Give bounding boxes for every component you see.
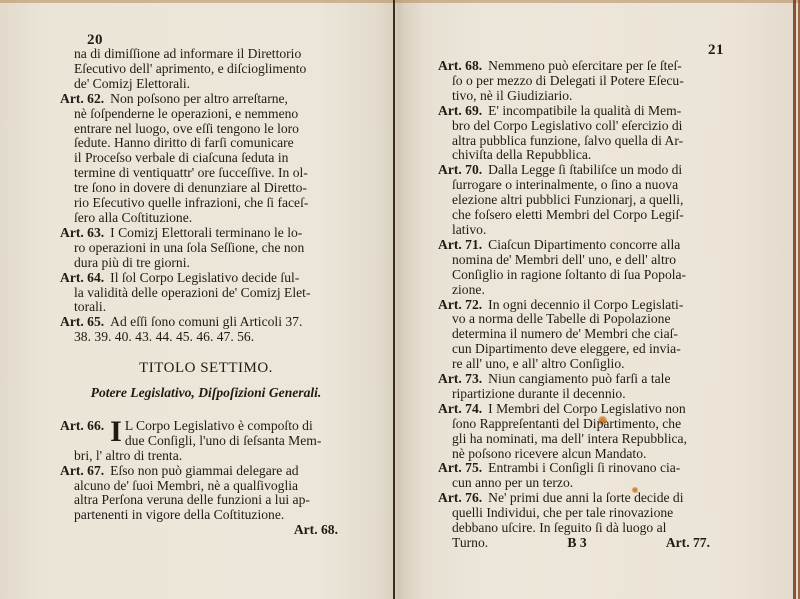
text-line: alcuno de' ſuoi Membri, nè a qualſivogli… bbox=[60, 479, 352, 494]
text-line: ſo o per mezzo di Delegati il Potere Eſe… bbox=[438, 74, 730, 89]
text-line: la validità delle operazioni de' Comizj … bbox=[60, 286, 352, 301]
text-line: nomina de' Membri dell' uno, e dell' alt… bbox=[438, 253, 730, 268]
article-label: Art. 73. bbox=[438, 371, 482, 386]
text-line: quelli Individui, che per tale rinovazio… bbox=[438, 506, 730, 521]
article-label: Art. 74. bbox=[438, 401, 482, 416]
article-label: Art. 75. bbox=[438, 460, 482, 475]
text-line: ripartizione durante il decennio. bbox=[438, 387, 730, 402]
text-line: Eſso non può giammai delegare ad bbox=[110, 463, 298, 478]
right-page-text: Art. 68.Nemmeno può eſercitare per ſe ſt… bbox=[438, 59, 730, 551]
article-66: Art. 66. I L Corpo Legislativo è compoſt… bbox=[60, 419, 352, 464]
text-line: ro operazioni in una ſola Seſſione, che … bbox=[60, 241, 352, 256]
signature-mark: B 3 bbox=[567, 536, 586, 551]
catchword: Art. 77. bbox=[666, 536, 710, 551]
text-line: Dalla Legge ſi ſtabiliſce un modo di bbox=[488, 162, 682, 177]
text-line: Ad eſſi ſono comuni gli Articoli 37. bbox=[110, 314, 302, 329]
section-subtitle: Potere Legislativo, Diſpoſizioni General… bbox=[60, 386, 352, 401]
text-line: tivo, nè il Giudiziario. bbox=[438, 89, 730, 104]
text-line: nè poſsono ricevere alcun Mandato. bbox=[438, 447, 730, 462]
article-76: Art. 76.Ne' primi due anni la ſorte deci… bbox=[438, 491, 730, 536]
article-label: Art. 65. bbox=[60, 314, 104, 329]
text-line: il Proceſso verbale di ciaſcuna ſeduta i… bbox=[60, 151, 352, 166]
article-63: Art. 63.I Comizj Elettorali terminano le… bbox=[60, 226, 352, 271]
text-line: Ciaſcun Dipartimento concorre alla bbox=[488, 237, 680, 252]
article-label: Art. 76. bbox=[438, 490, 482, 505]
text-line: che foſsero eletti Membri del Corpo Legi… bbox=[438, 208, 730, 223]
text-line: entrare nel luogo, ove eſſi tengono le l… bbox=[60, 122, 352, 137]
text-line: rio Eſecutivo quelle infrazioni, che ſi … bbox=[60, 196, 352, 211]
text-line: ſono Rappreſentanti del Dipartimento, ch… bbox=[438, 417, 730, 432]
article-73: Art. 73.Niun cangiamento può farſi a tal… bbox=[438, 372, 730, 402]
text-line: cun Dipartimento deve eleggere, ed invia… bbox=[438, 342, 730, 357]
article-65: Art. 65.Ad eſſi ſono comuni gli Articoli… bbox=[60, 315, 352, 345]
left-page: 20 na di dimiſſione ad informare il Dire… bbox=[60, 0, 352, 599]
text-line: termine di ventiquattr' ore ſucceſſive. … bbox=[60, 166, 352, 181]
text-line: due Conſigli, l'uno di ſeſsanta Mem- bbox=[125, 434, 322, 449]
article-64: Art. 64.Il ſol Corpo Legislativo decide … bbox=[60, 271, 352, 316]
text-line: altra Perſona veruna delle funzioni a lu… bbox=[60, 493, 352, 508]
article-label: Art. 63. bbox=[60, 225, 104, 240]
text-line: partenenti in vigore della Coſtituzione. bbox=[60, 508, 352, 523]
text-line: tre ſono in dovere di denunziare al Dire… bbox=[60, 181, 352, 196]
text-line: na di dimiſſione ad informare il Diretto… bbox=[60, 47, 352, 62]
text-line: vo a norma delle Tabelle di Popolazione bbox=[438, 312, 730, 327]
text-line: bri, l' altro di trenta. bbox=[60, 449, 352, 464]
article-75: Art. 75.Entrambi i Conſigli ſi rinovano … bbox=[438, 461, 730, 491]
text-line: chiviſta della Repubblica. bbox=[438, 148, 730, 163]
text-line: re all' uno, e all' altro Conſiglio. bbox=[438, 357, 730, 372]
text-line: E' incompatibile la qualità di Mem- bbox=[488, 103, 681, 118]
article-70: Art. 70.Dalla Legge ſi ſtabiliſce un mod… bbox=[438, 163, 730, 238]
text-line: altra pubblica funzione, ſalvo quella di… bbox=[438, 134, 730, 149]
article-69: Art. 69.E' incompatibile la qualità di M… bbox=[438, 104, 730, 164]
article-continuation: na di dimiſſione ad informare il Diretto… bbox=[60, 47, 352, 92]
article-label: Art. 62. bbox=[60, 91, 104, 106]
article-label: Art. 66. bbox=[60, 419, 104, 434]
text-line: Nemmeno può eſercitare per ſe ſteſ- bbox=[488, 58, 682, 73]
text-line: In ogni decennio il Corpo Legislati- bbox=[488, 297, 683, 312]
drop-cap: I bbox=[110, 419, 122, 445]
text-line: I Membri del Corpo Legislativo non bbox=[488, 401, 685, 416]
text-line: Non poſsono per altro arreſtarne, bbox=[110, 91, 288, 106]
text-line: determina il numero de' Membri che ciaſ- bbox=[438, 327, 730, 342]
text-line: lativo. bbox=[438, 223, 730, 238]
text-line: Il ſol Corpo Legislativo decide ſul- bbox=[110, 270, 299, 285]
text-line: Niun cangiamento può farſi a tale bbox=[488, 371, 670, 386]
article-label: Art. 69. bbox=[438, 103, 482, 118]
right-page: 21 Art. 68.Nemmeno può eſercitare per ſe… bbox=[438, 0, 730, 599]
article-label: Art. 64. bbox=[60, 270, 104, 285]
text-line: 38. 39. 40. 43. 44. 45. 46. 47. 56. bbox=[60, 330, 352, 345]
article-74: Art. 74.I Membri del Corpo Legislativo n… bbox=[438, 402, 730, 462]
text-line: ſero alla Coſtituzione. bbox=[60, 211, 352, 226]
article-label: Art. 71. bbox=[438, 237, 482, 252]
text-line: zione. bbox=[438, 283, 730, 298]
catchword: Art. 68. bbox=[60, 523, 352, 538]
article-label: Art. 70. bbox=[438, 162, 482, 177]
page-footer: Turno. B 3 Art. 77. bbox=[438, 536, 730, 551]
section-title: TITOLO SETTIMO. bbox=[60, 361, 352, 376]
text-line: Entrambi i Conſigli ſi rinovano cia- bbox=[488, 460, 680, 475]
text-line: I Comizj Elettorali terminano le lo- bbox=[110, 225, 302, 240]
text-line: ſedute. Hanno diritto di farſi comunicar… bbox=[60, 136, 352, 151]
text-line: Ne' primi due anni la ſorte decide di bbox=[488, 490, 683, 505]
article-72: Art. 72.In ogni decennio il Corpo Legisl… bbox=[438, 298, 730, 373]
page-number-right: 21 bbox=[708, 42, 724, 59]
article-62: Art. 62.Non poſsono per altro arreſtarne… bbox=[60, 92, 352, 226]
text-line: de' Comizj Elettorali. bbox=[60, 77, 352, 92]
text-line: bro del Corpo Legislativo coll' eſercizi… bbox=[438, 119, 730, 134]
text-line: torali. bbox=[60, 300, 352, 315]
book-edge-right bbox=[793, 0, 796, 599]
article-67: Art. 67.Eſso non può giammai delegare ad… bbox=[60, 464, 352, 524]
article-68: Art. 68.Nemmeno può eſercitare per ſe ſt… bbox=[438, 59, 730, 104]
article-label: Art. 68. bbox=[438, 58, 482, 73]
book-spine-gutter bbox=[393, 0, 395, 599]
text-line: nè ſoſpenderne le operazioni, e nemmeno bbox=[60, 107, 352, 122]
text-line: Turno. bbox=[452, 536, 488, 551]
text-line: Conſiglio in ragione ſoltanto di ſua Pop… bbox=[438, 268, 730, 283]
text-line: dura più di tre giorni. bbox=[60, 256, 352, 271]
text-line: ſurrogare o interinalmente, o ſino a nuo… bbox=[438, 178, 730, 193]
article-71: Art. 71.Ciaſcun Dipartimento concorre al… bbox=[438, 238, 730, 298]
article-label: Art. 72. bbox=[438, 297, 482, 312]
text-line: L Corpo Legislativo è compoſto di bbox=[125, 419, 322, 434]
text-line: elezione altri pubblici Funzionarj, a qu… bbox=[438, 193, 730, 208]
text-line: Eſecutivo dell' aprimento, e diſcioglime… bbox=[60, 62, 352, 77]
text-line: gli ha nominati, ma dell' intera Repubbl… bbox=[438, 432, 730, 447]
left-page-text: na di dimiſſione ad informare il Diretto… bbox=[60, 47, 352, 538]
article-label: Art. 67. bbox=[60, 463, 104, 478]
text-line: cun anno per un terzo. bbox=[438, 476, 730, 491]
text-line: debbano uſcire. In ſeguito ſi dà luogo a… bbox=[438, 521, 730, 536]
